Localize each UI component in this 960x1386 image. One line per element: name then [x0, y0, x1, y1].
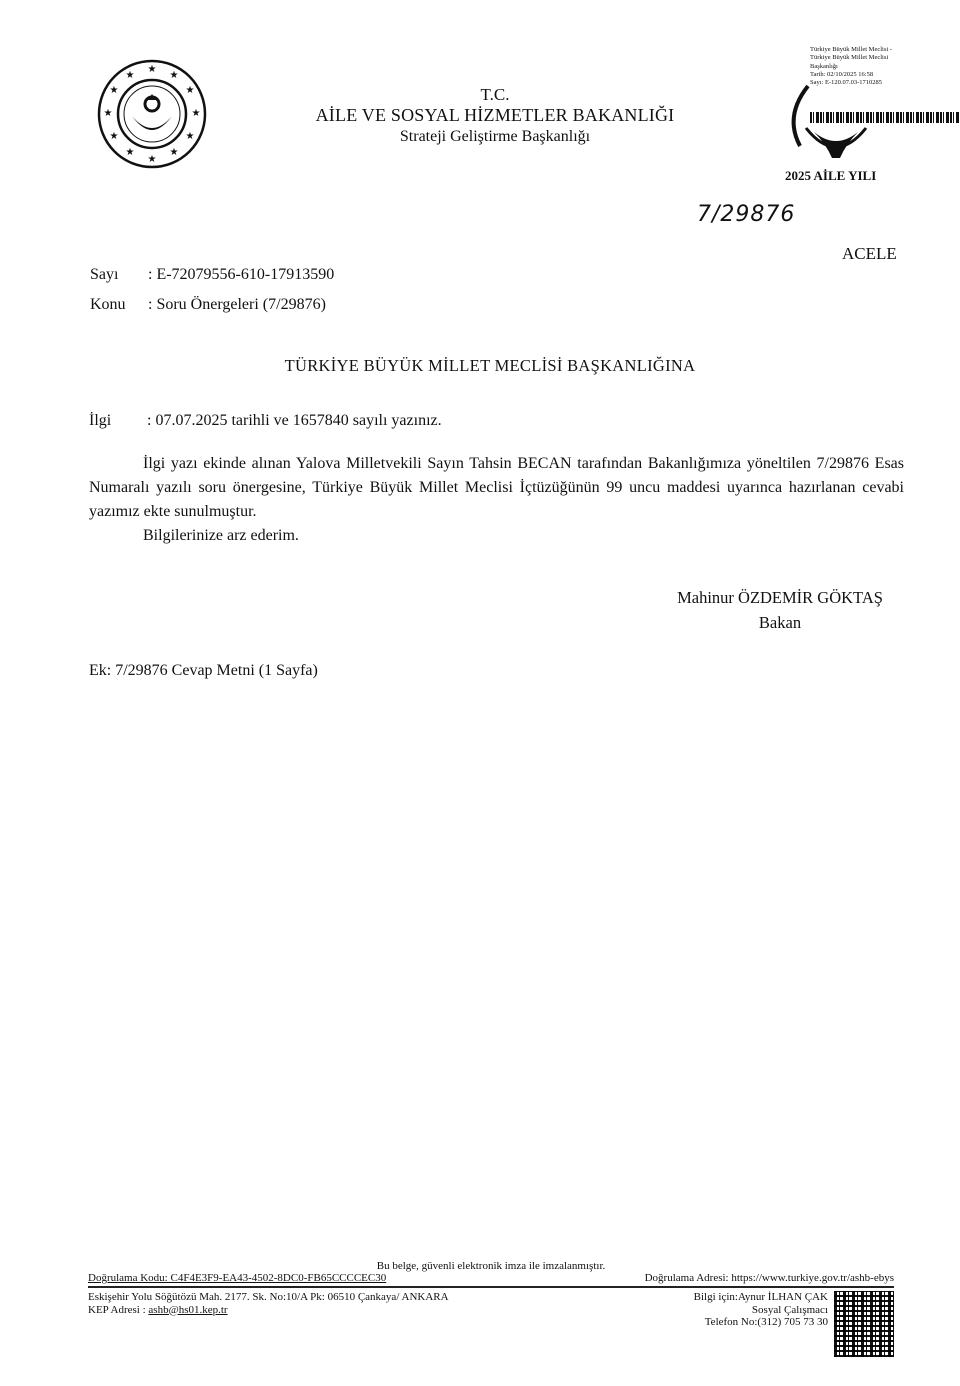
closing-paragraph: Bilgilerinize arz ederim. — [89, 524, 904, 548]
verification-code: Doğrulama Kodu: C4F4E3F9-EA43-4502-8DC0-… — [88, 1272, 386, 1285]
contact-phone: Telefon No:(312) 705 73 30 — [694, 1316, 828, 1329]
handwritten-number: 7/29876 — [697, 202, 795, 227]
body-paragraph: İlgi yazı ekinde alınan Yalova Milletvek… — [89, 452, 904, 524]
ministry-emblem-icon: ★★★★ ★★★★ ★★★★ — [96, 58, 208, 170]
letterhead: T.C. AİLE VE SOSYAL HİZMETLER BAKANLIĞI … — [290, 84, 700, 147]
signatory-title: Bakan — [640, 610, 920, 635]
svg-text:★: ★ — [170, 147, 179, 158]
konu-value: : Soru Önergeleri (7/29876) — [148, 296, 326, 313]
contact-role: Sosyal Çalışmacı — [694, 1304, 828, 1317]
verification-address[interactable]: Doğrulama Adresi: https://www.turkiye.go… — [645, 1272, 894, 1285]
svg-text:★: ★ — [148, 154, 157, 165]
footer: Bu belge, güvenli elektronik imza ile im… — [88, 1260, 894, 1357]
svg-text:★: ★ — [148, 64, 157, 75]
postal-address: Eskişehir Yolu Söğütözü Mah. 2177. Sk. N… — [88, 1291, 449, 1304]
addressee: TÜRKİYE BÜYÜK MİLLET MECLİSİ BAŞKANLIĞIN… — [0, 356, 960, 376]
svg-text:★: ★ — [126, 147, 135, 158]
sayi-row: Sayı: E-72079556-610-17913590 — [90, 266, 334, 284]
contact-name: Bilgi için:Aynur İLHAN ÇAK — [694, 1291, 828, 1304]
konu-label: Konu — [90, 296, 148, 314]
svg-text:★: ★ — [110, 85, 119, 96]
letter-body: İlgi yazı ekinde alınan Yalova Milletvek… — [89, 452, 904, 548]
family-year-label: 2025 AİLE YILI — [785, 168, 876, 184]
konu-row: Konu: Soru Önergeleri (7/29876) — [90, 296, 326, 314]
signature-block: Mahinur ÖZDEMİR GÖKTAŞ Bakan — [640, 585, 920, 635]
urgency-label: ACELE — [842, 244, 897, 264]
qr-code-icon — [834, 1291, 894, 1357]
sayi-label: Sayı — [90, 266, 148, 284]
registry-stamp: Türkiye Büyük Millet Meclisi - Türkiye B… — [780, 46, 960, 191]
svg-text:★: ★ — [104, 108, 113, 119]
svg-text:★: ★ — [110, 131, 119, 142]
stamp-text: Türkiye Büyük Millet Meclisi - Türkiye B… — [810, 46, 892, 87]
kep-label: KEP Adresi : — [88, 1304, 148, 1316]
ilgi-row: İlgi: 07.07.2025 tarihli ve 1657840 sayı… — [89, 412, 442, 430]
kep-address-link[interactable]: ashb@hs01.kep.tr — [148, 1304, 227, 1316]
svg-text:★: ★ — [126, 70, 135, 81]
svg-text:★: ★ — [186, 131, 195, 142]
ministry-logo: ★★★★ ★★★★ ★★★★ — [96, 58, 208, 170]
header-ministry: AİLE VE SOSYAL HİZMETLER BAKANLIĞI — [290, 105, 700, 126]
svg-text:★: ★ — [170, 70, 179, 81]
header-department: Strateji Geliştirme Başkanlığı — [290, 126, 700, 147]
svg-text:★: ★ — [186, 85, 195, 96]
signatory-name: Mahinur ÖZDEMİR GÖKTAŞ — [640, 585, 920, 610]
attachment-line: Ek: 7/29876 Cevap Metni (1 Sayfa) — [89, 662, 318, 680]
barcode — [810, 112, 960, 123]
svg-text:★: ★ — [192, 108, 201, 119]
header-tc: T.C. — [290, 84, 700, 105]
sayi-value: : E-72079556-610-17913590 — [148, 266, 334, 283]
ilgi-value: : 07.07.2025 tarihli ve 1657840 sayılı y… — [147, 412, 442, 429]
esign-note: Bu belge, güvenli elektronik imza ile im… — [88, 1260, 894, 1272]
ilgi-label: İlgi — [89, 412, 147, 430]
